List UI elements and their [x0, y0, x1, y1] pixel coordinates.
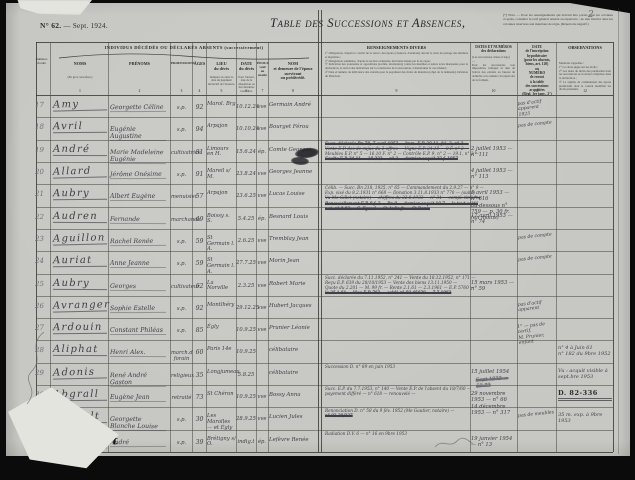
pencil-flourish [22, 330, 52, 410]
profession-entry: s.p. [171, 105, 192, 111]
spouse-name-entry: célibataire [269, 348, 317, 354]
spouse-name-entry: Lucas Louise [269, 192, 317, 198]
column-header-label: PROFESSIONS [171, 62, 192, 66]
profession-entry: marchande [171, 217, 192, 223]
profession-entry: menuisier [171, 194, 192, 200]
spouse-status-entry: vve [256, 193, 268, 199]
death-place-entry: Les Marolles — et Égly [207, 414, 236, 431]
name-entry: Aubry [53, 188, 107, 200]
row-number: 24 [30, 257, 49, 265]
profession-entry: s.p. [171, 417, 192, 423]
name-entry: André [53, 144, 107, 156]
column-rule [170, 42, 171, 452]
margin-note-entry: 1° — pas de certif. M. Prunier, enfant [517, 321, 557, 346]
row-rule [36, 117, 613, 118]
name-entry: Adonis [53, 366, 107, 379]
profession-entry: s.p. [171, 328, 192, 334]
margin-note-entry: pas de compte [518, 254, 556, 263]
name-entry: Aubry [53, 277, 107, 289]
profession-entry: s.p. [171, 261, 192, 267]
observation-entry: 35 m. exp. à 9bre 1953 [558, 412, 612, 424]
age-entry: 73 [193, 394, 206, 401]
observation-entry: D. 82-336 [558, 390, 612, 401]
profession-entry: cultivateur [171, 284, 192, 290]
column-header-label: DATE du décès [237, 62, 256, 72]
age-entry: 85 [193, 327, 206, 334]
observation-entry: Vu : acquit visible à sept.bre 1953 [558, 368, 612, 380]
death-date-entry: 10.9.25 [236, 394, 256, 400]
succession-table: Numéros d'ordreINDIVIDUS DÉCÉDÉS OU DÉCL… [0, 0, 635, 480]
right-column-header-label: RENSEIGNEMENTS DIVERS [325, 45, 468, 50]
age-entry: 59 [193, 260, 206, 267]
firstnames-entry: Georgette Céline [110, 104, 166, 112]
death-place-entry: Mareil s/ M. [207, 169, 236, 180]
death-place-entry: La Norville [207, 281, 236, 292]
name-entry: Auriat [53, 255, 107, 267]
column-number: 6 [237, 89, 256, 93]
firstnames-entry: Eugénie Augustine [110, 126, 166, 141]
right-column-header-label: DATES ET NUMÉROS des déclarations [472, 45, 515, 54]
header-brace [58, 52, 310, 59]
spouse-name-entry: Tremblay Jean [269, 237, 317, 243]
spouse-status-entry: ép. [256, 216, 268, 222]
column-number: 3 [171, 89, 192, 93]
death-date-entry: 10.10.24 [236, 126, 256, 132]
spouse-status-entry: vve [256, 171, 268, 177]
profession-entry: s.p. [171, 306, 192, 312]
row-rule [36, 318, 613, 319]
firstnames-entry: Georgette Blanche Louise [110, 416, 166, 431]
death-date-entry: 15.6.24 [236, 149, 256, 155]
spouse-name-entry: Lucien Jules [269, 415, 317, 421]
right-column-header-subtext: 1° Obligations, d'après le contrat de la… [325, 52, 468, 78]
row-number: 26 [30, 302, 49, 310]
row-rule [36, 251, 613, 252]
right-column-header-subtext: Mentions rappelées : 1° La chose jugée s… [559, 62, 611, 92]
age-entry: 49 [193, 216, 206, 223]
column-number: 2 [110, 89, 169, 93]
notes-entry-line: le 25.1.61 — Visa E.P. 762 — soldé n° 92… [325, 291, 469, 296]
age-entry: 59 [193, 238, 206, 245]
death-date-entry: 5.8.25 [236, 372, 256, 378]
age-entry: 60 [193, 349, 206, 356]
right-column-number: 10 [472, 89, 515, 93]
firstnames-entry: Henri Alex. [110, 349, 166, 357]
death-date-entry: 10.9.25 [236, 327, 256, 333]
spouse-name-entry: Morin Jean [269, 259, 317, 265]
right-column-header-subtext: (Les successions, biens et legs.) — Pour… [472, 56, 515, 82]
spouse-status-entry: vve [256, 238, 268, 244]
row-number: 23 [30, 235, 49, 243]
column-number: 4 [193, 89, 206, 93]
profession-entry: cultivatrice [171, 150, 192, 156]
firstnames-entry: René André Gaston [110, 372, 166, 387]
name-entry: Avranger [53, 299, 107, 312]
spouse-name-entry: Germain André [269, 103, 317, 109]
declaration-date-entry: 4 juillet 1953 — n° 113 [471, 168, 517, 180]
column-number: 1 [52, 89, 108, 93]
row-number: 25 [30, 279, 49, 287]
column-header-label: ÉPOUX veuf ou marié [257, 62, 268, 78]
margin-note-entry: pas d'actif apparent [518, 299, 557, 313]
firstnames-entry: Eugène Jean [110, 394, 166, 402]
spouse-status-entry: vve [256, 305, 268, 311]
profession-entry: s.p. [171, 440, 192, 446]
age-entry: 92 [193, 305, 206, 312]
margin-note-entry: pas de meubles [518, 410, 556, 419]
notes-entry-line: Succession D. n° 89 en juin 1953 [325, 365, 469, 370]
death-date-entry: 23.8.24 [236, 171, 256, 177]
firstnames-entry: Sophie Estelle [110, 305, 166, 313]
declaration-date-entry: 2 juillet 1953 — n° 111 [471, 146, 517, 158]
profession-entry: s.p. [171, 172, 192, 178]
spouse-status-entry: vve [256, 327, 268, 333]
notes-entry-line: Soulte E.P. 24.11 — 19.222 — n° 2 — dern… [325, 157, 469, 162]
declaration-date-entry: 15 mars 1953 — n° 59 [471, 280, 517, 292]
declaration-stamp-note: Sept 1933 — 50-73 [476, 374, 517, 389]
death-date-entry: 2.6.25 [236, 238, 256, 244]
row-rule [36, 229, 613, 230]
firstnames-entry: Fernande [110, 215, 166, 223]
age-entry: 57 [193, 193, 206, 200]
notes-entry-line: n° 92-39/327 [325, 414, 469, 419]
death-date-entry: 23.6.25 [236, 193, 256, 199]
row-number: 21 [30, 190, 49, 198]
death-date-entry: indig.t [236, 439, 256, 445]
column-rule [613, 42, 614, 452]
age-entry: 92 [193, 104, 206, 111]
spouse-name-entry: Prunier Léonie [269, 326, 317, 332]
death-place-entry: Montlhéry [207, 303, 236, 309]
column-rule [108, 42, 109, 452]
death-place-entry: Paris 14e [207, 347, 236, 353]
spouse-status-entry: ép. [256, 149, 268, 155]
name-entry: Ardouin [53, 322, 107, 334]
death-date-entry: 28.9.25 [236, 416, 256, 422]
right-column-number: 11 [519, 89, 555, 93]
death-date-entry: 10.12.24 [236, 104, 256, 110]
spouse-status-entry: vve [256, 260, 268, 266]
name-entry: Audren [53, 210, 107, 222]
spouse-status-entry: vve [256, 104, 268, 110]
column-header-label: LIEU du décès [207, 62, 236, 72]
death-place-entry: St Germain l. A. [207, 258, 236, 275]
firstnames-entry: André [110, 439, 166, 447]
spouse-status-entry: vve [256, 283, 268, 289]
death-place-entry: Égly [207, 325, 236, 331]
firstnames-entry: Anne Jeanne [110, 260, 166, 268]
death-place-entry: Limours en H. [207, 147, 236, 158]
death-place-entry: Arpajon [207, 124, 236, 130]
age-entry: 39 [193, 439, 206, 446]
death-date-entry: 29.12.25 [236, 305, 256, 311]
name-entry: Avril [53, 121, 107, 133]
death-place-entry: Longjumeau [207, 370, 236, 376]
age-entry: 30 [193, 416, 206, 423]
age-entry: 35 [193, 372, 206, 379]
spouse-status-entry: vve [256, 126, 268, 132]
death-date-entry: 2.3.25 [236, 283, 256, 289]
notes-entry-line: not. n° 9.92 — C. Eyssel — St Aulis fr. … [325, 207, 469, 212]
row-rule [36, 452, 613, 453]
row-rule [36, 296, 613, 297]
spouse-name-entry: Besnard Louis [269, 215, 317, 221]
column-header-subtext: (En gros caractères.) [52, 76, 108, 79]
row-rule [36, 42, 613, 43]
row-number: 18 [30, 123, 49, 131]
column-number: 8 [269, 89, 317, 93]
row-number: 19 [30, 146, 49, 154]
death-date-entry: 10.9.25 [236, 349, 256, 355]
spouse-name-entry: Bourget Férou [269, 125, 317, 131]
margin-note-entry: pas de compte [518, 120, 556, 129]
spouse-status-entry: ép. [256, 439, 268, 445]
declaration-date-entry: 29 novembre 1953 — n° 66 14 décembre 195… [471, 391, 517, 416]
margin-note-entry: pas d'actif apparent 1925 [517, 98, 556, 118]
row-number: 22 [30, 212, 49, 220]
row-number: 17 [30, 101, 49, 109]
profession-entry: s.p. [171, 239, 192, 245]
name-entry: Aguillon [53, 232, 107, 245]
age-entry: 91 [193, 171, 206, 178]
death-date-entry: 5.4.25 [236, 216, 256, 222]
spouse-name-entry: Lefèvre Renée [269, 438, 317, 444]
spouse-status-entry: vve [256, 416, 268, 422]
spouse-name-entry: Hubert Jacques [269, 304, 317, 310]
death-place-entry: Marol. Brg [207, 102, 236, 108]
age-entry: 81 [193, 149, 206, 156]
death-place-entry: Brétigny s/ O. [207, 437, 236, 448]
spouse-name-entry: Robert Marie [269, 282, 317, 288]
column-header-label: PRÉNOMS [110, 62, 169, 67]
right-column-header-label: OBSERVATIONS [559, 45, 611, 50]
observation-entry: n° 4 à Juin 61 n° 182 du 9bre 1952 [558, 345, 612, 357]
spouse-name-entry: Bossy Anna [269, 393, 317, 399]
age-entry: 94 [193, 126, 206, 133]
column-number: 7 [257, 89, 268, 93]
death-place-entry: St Chéron [207, 392, 236, 398]
order-column-header: Numéros d'ordre [34, 58, 49, 66]
firstnames-entry: Constant Philéas [110, 327, 166, 335]
column-header-subtext: Indiquer en outre la date du jugement dé… [207, 76, 236, 86]
column-header-label: ÂGES [193, 62, 206, 67]
firstnames-entry: Rachel Renée [110, 238, 166, 246]
group-header: INDIVIDUS DÉCÉDÉS OU DÉCLARÉS ABSENTS (s… [52, 45, 316, 50]
right-column-number: 9 [325, 89, 468, 93]
declaration-date-entry: 17 avril 1953 — n° 74 [471, 213, 517, 225]
death-date-entry: 27.7.25 [236, 260, 256, 266]
column-header-label: NOM et demeure de l'époux survivant ou p… [269, 62, 317, 81]
right-column-number: 12 [559, 89, 611, 93]
name-entry: Aliphat [53, 344, 107, 356]
profession-entry: religieux [171, 373, 192, 379]
death-place-entry: Arpajon [207, 191, 236, 197]
column-number: 5 [207, 89, 236, 93]
death-place-entry: St Germain l. A. [207, 236, 236, 253]
name-entry: Amy [53, 98, 107, 111]
row-number: 20 [30, 168, 49, 176]
age-entry: 62 [193, 283, 206, 290]
firstnames-entry: Jérôme Onésime [110, 171, 166, 179]
name-entry: Allard [53, 165, 107, 178]
notes-entry-line: payement différé — n° 618 — renouvelé — [325, 392, 469, 397]
margin-note-entry: pas de compte [518, 232, 556, 241]
profession-entry: march.d forain [171, 350, 192, 362]
firstnames-entry: Albert Eugène [110, 193, 166, 201]
profession-entry: retraité [171, 395, 192, 401]
column-rule [556, 42, 557, 452]
column-header-label: NOMS [52, 62, 108, 67]
firstnames-entry: Marie Madeleine Eugénie [110, 148, 166, 163]
spouse-status-entry: vve [256, 394, 268, 400]
spouse-name-entry: Georges Jeanne [269, 170, 317, 176]
scanned-register-page: N° 62. — Sept. 1924. Table des Successio… [0, 0, 635, 480]
profession-entry: s.p. [171, 127, 192, 133]
declaration-date-entry: 19 janvier 1954 — n° 13 [471, 436, 517, 448]
pencil-check-mark [433, 436, 475, 452]
death-place-entry: Boissy s. S. [207, 214, 236, 225]
firstnames-entry: Georges [110, 282, 166, 290]
spouse-name-entry: célibataire [269, 371, 317, 377]
